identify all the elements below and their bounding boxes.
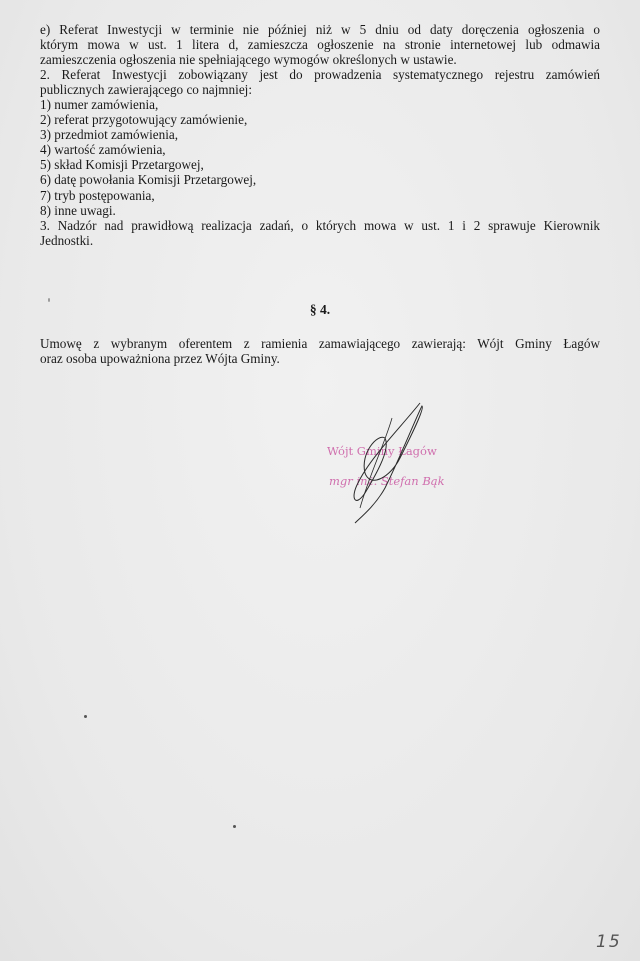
handwritten-signature	[330, 398, 450, 528]
text-line: którym mowa w ust. 1 litera d, zamieszcz…	[40, 37, 600, 52]
text-line: e) Referat Inwestycji w terminie nie póź…	[40, 22, 600, 37]
list-item: 3) przedmiot zamówienia,	[40, 127, 600, 142]
text-line: oraz osoba upoważniona przez Wójta Gminy…	[40, 351, 600, 366]
section-4-paragraph: Umowę z wybranym oferentem z ramienia za…	[40, 336, 600, 366]
text-line: Umowę z wybranym oferentem z ramienia za…	[40, 336, 600, 351]
register-items-list: 1) numer zamówienia, 2) referat przygoto…	[40, 97, 600, 218]
text-line: zamieszczenia ogłoszenia nie spełniające…	[40, 52, 600, 67]
list-item: 1) numer zamówienia,	[40, 97, 600, 112]
paragraph-3: 3. Nadzór nad prawidłową realizacja zada…	[40, 218, 600, 248]
scanned-page: e) Referat Inwestycji w terminie nie póź…	[0, 0, 640, 961]
list-item: 4) wartość zamówienia,	[40, 142, 600, 157]
paragraph-2: 2. Referat Inwestycji zobowiązany jest d…	[40, 67, 600, 97]
handwritten-page-number: 15	[596, 932, 622, 952]
section-heading: § 4.	[0, 302, 640, 318]
scan-speck	[233, 825, 236, 828]
scan-speck	[48, 298, 50, 302]
paragraph-e: e) Referat Inwestycji w terminie nie póź…	[40, 22, 600, 67]
list-item: 6) datę powołania Komisji Przetargowej,	[40, 172, 600, 187]
text-line: 2. Referat Inwestycji zobowiązany jest d…	[40, 67, 600, 82]
text-line: Jednostki.	[40, 233, 600, 248]
list-item: 7) tryb postępowania,	[40, 188, 600, 203]
text-line: publicznych zawierającego co najmniej:	[40, 82, 600, 97]
scan-speck	[84, 715, 87, 718]
list-item: 5) skład Komisji Przetargowej,	[40, 157, 600, 172]
text-line: 3. Nadzór nad prawidłową realizacja zada…	[40, 218, 600, 233]
list-item: 8) inne uwagi.	[40, 203, 600, 218]
list-item: 2) referat przygotowujący zamówienie,	[40, 112, 600, 127]
